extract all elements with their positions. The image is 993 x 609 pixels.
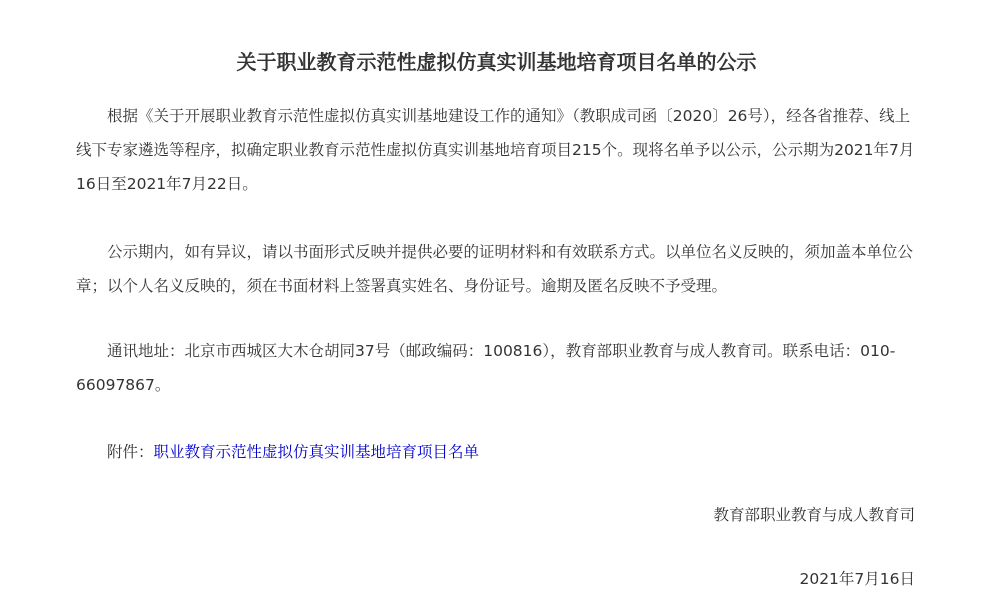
paragraph-spacer [76,201,920,235]
paragraph-objection: 公示期内，如有异议，请以书面形式反映并提供必要的证明材料和有效联系方式。以单位名… [76,235,920,303]
attachment-label: 附件： [107,443,154,461]
announcement-body: 根据《关于开展职业教育示范性虚拟仿真实训基地建设工作的通知》（教职成司函〔202… [76,99,920,469]
attachment-link[interactable]: 职业教育示范性虚拟仿真实训基地培育项目名单 [154,443,480,461]
paragraph-basis: 根据《关于开展职业教育示范性虚拟仿真实训基地建设工作的通知》（教职成司函〔202… [76,99,920,201]
paragraph-attachment: 附件：职业教育示范性虚拟仿真实训基地培育项目名单 [76,435,920,469]
paragraph-spacer [76,303,920,334]
page-title: 关于职业教育示范性虚拟仿真实训基地培育项目名单的公示 [0,47,993,77]
signature-organization: 教育部职业教育与成人教育司 [713,503,915,527]
paragraph-contact: 通讯地址：北京市西城区大木仓胡同37号（邮政编码：100816），教育部职业教育… [76,334,920,402]
paragraph-spacer [76,402,920,435]
announcement-page: 关于职业教育示范性虚拟仿真实训基地培育项目名单的公示 根据《关于开展职业教育示范… [0,0,993,609]
signature-date: 2021年7月16日 [799,567,915,591]
